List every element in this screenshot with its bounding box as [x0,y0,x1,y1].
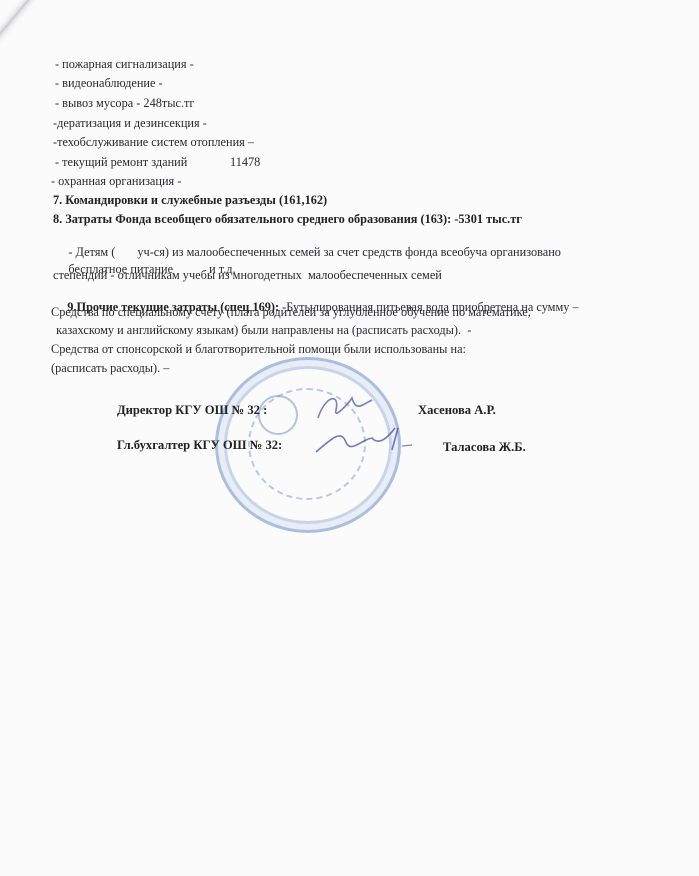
section-9-text: (расписать расходы). – [51,361,169,375]
page-corner-fold [0,0,40,42]
list-item: - вывоз мусора - 248тыс.тг [55,96,194,110]
section-8-text: степендий - отличникам учебы из многодет… [53,268,442,282]
section-8-heading: 8. Затраты Фонда всеобщего обязательного… [53,212,522,226]
list-item: - охранная организация - [51,174,181,188]
list-item: -дератизация и дезинсекция - [53,116,207,130]
list-item: - видеонаблюдение - [55,76,163,90]
list-item: - текущий ремонт зданий [55,155,187,169]
list-item: - пожарная сигнализация - [55,57,194,71]
section-9-text: Средства по специальному счету (плата ро… [51,305,531,319]
section-7-heading: 7. Командировки и служебные разъезды (16… [53,193,327,207]
list-item: -техобслуживание систем отопления – [53,135,254,149]
repair-amount: 11478 [230,155,260,169]
document-page: - пожарная сигнализация - - видеонаблюде… [0,0,699,876]
director-label: Директор КГУ ОШ № 32 : [117,403,267,418]
accountant-label: Гл.бухгалтер КГУ ОШ № 32: [117,438,282,453]
section-9-text: казахскому и английскому языкам) были на… [53,323,471,337]
section-9-text: Средства от спонсорской и благотворитель… [51,342,466,356]
director-name: Хасенова А.Р. [418,403,496,418]
accountant-name: Таласова Ж.Б. [443,440,526,455]
